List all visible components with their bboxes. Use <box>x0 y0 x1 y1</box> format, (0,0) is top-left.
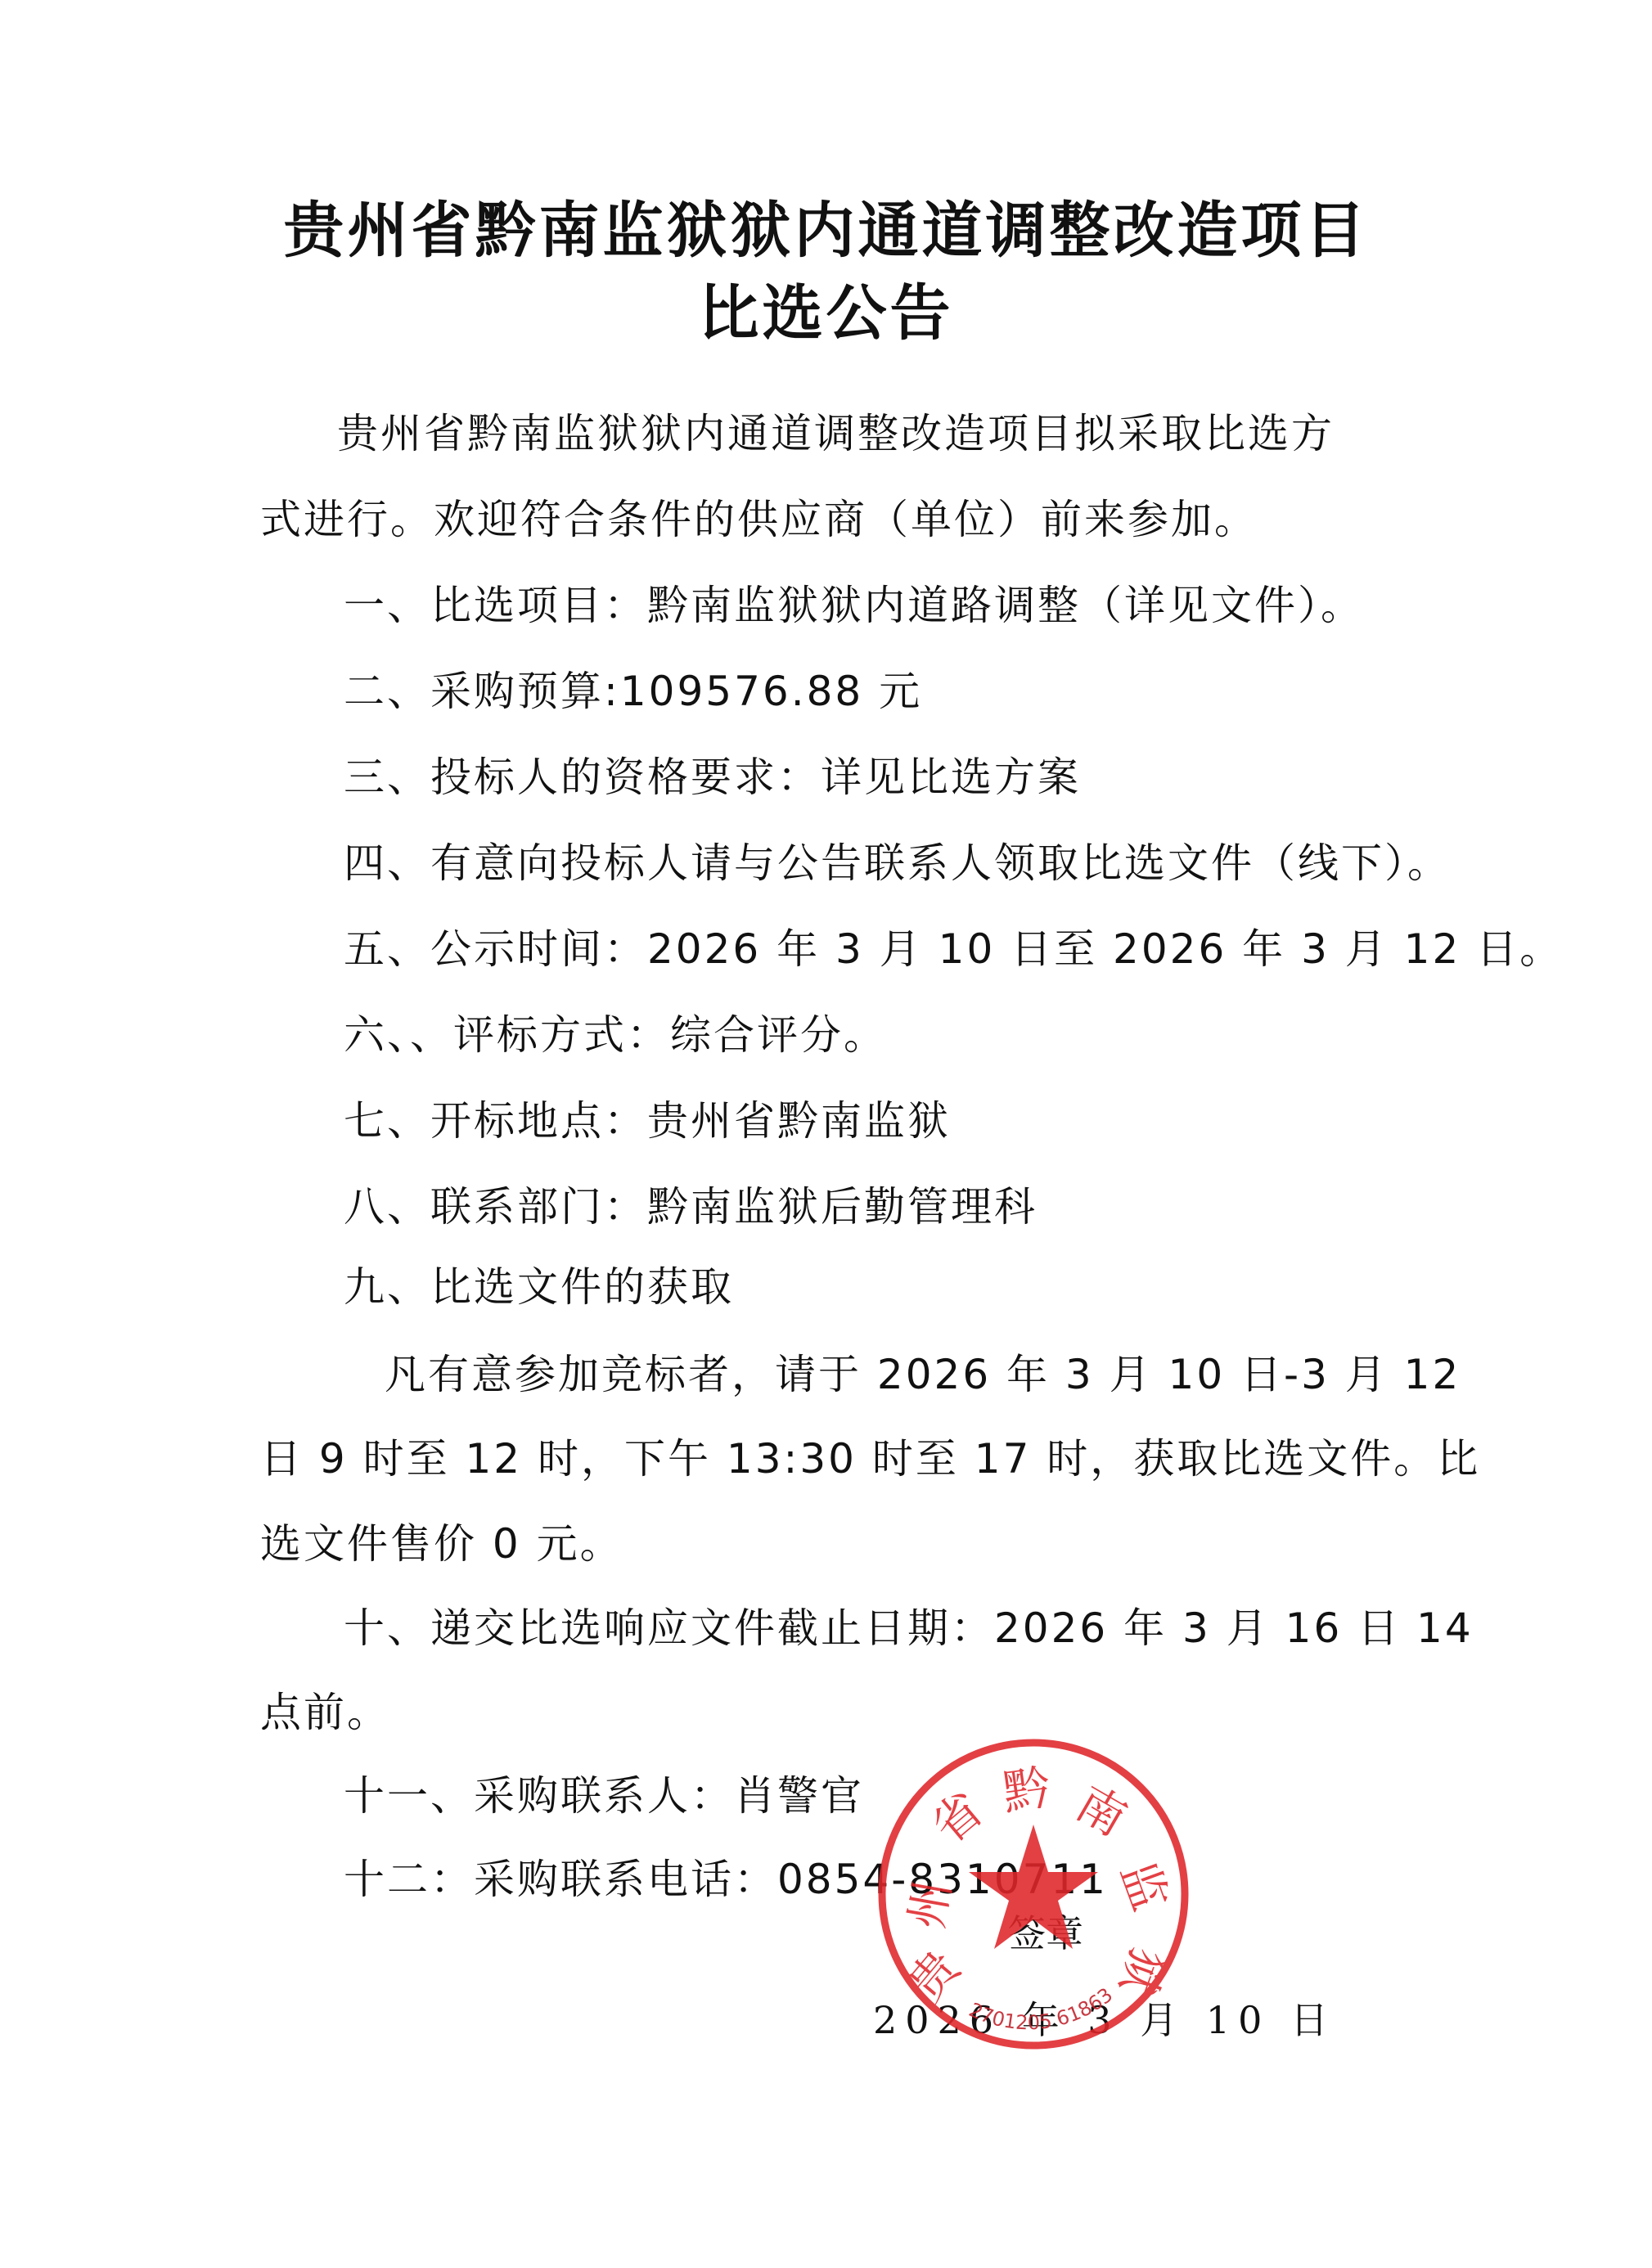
stamp-char: 州 <box>898 1876 961 1933</box>
stamp-char: 狱 <box>1108 1941 1177 2005</box>
item-6: 六、、评标方式：综合评分。 <box>344 1015 887 1055</box>
svg-text:2701205 61863: 2701205 61863 <box>966 1983 1117 2034</box>
stamp-char: 监 <box>1110 1854 1179 1918</box>
document-subtitle: 比选公告 <box>0 283 1652 344</box>
acquisition-line-3: 选文件售价 0 元。 <box>260 1523 623 1564</box>
item-4: 四、有意向投标人请与公告联系人领取比选文件（线下）。 <box>344 843 1451 884</box>
stamp-number: 2701205 61863 <box>966 1983 1117 2034</box>
deadline-line-2: 点前。 <box>260 1692 390 1733</box>
contact-person: 十一、采购联系人：肖警官 <box>344 1775 864 1816</box>
item-1: 一、比选项目：黔南监狱狱内道路调整（详见文件）。 <box>344 585 1364 626</box>
stamp-char: 南 <box>1067 1775 1136 1847</box>
stamp-char: 黔 <box>999 1759 1054 1820</box>
official-seal-icon: 贵 州 省 黔 南 监 狱 2701205 61863 <box>874 1735 1193 2054</box>
item-5: 五、公示时间：2026 年 3 月 10 日至 2026 年 3 月 12 日。 <box>344 929 1563 970</box>
item-2: 二、采购预算:109576.88 元 <box>344 671 922 712</box>
document-title: 贵州省黔南监狱狱内通道调整改造项目 <box>0 200 1652 261</box>
deadline-line-1: 十、递交比选响应文件截止日期：2026 年 3 月 16 日 14 <box>344 1608 1474 1649</box>
acquisition-line-2: 日 9 时至 12 时，下午 13:30 时至 17 时，获取比选文件。比 <box>260 1438 1480 1479</box>
item-8: 八、联系部门：黔南监狱后勤管理科 <box>344 1186 1038 1227</box>
acquisition-line-1: 凡有意参加竞标者，请于 2026 年 3 月 10 日-3 月 12 <box>385 1354 1461 1395</box>
item-7: 七、开标地点：贵州省黔南监狱 <box>344 1100 951 1141</box>
item-3: 三、投标人的资格要求：详见比选方案 <box>344 757 1081 798</box>
stamp-char: 贵 <box>898 1937 973 2012</box>
stamp-char: 省 <box>921 1781 993 1854</box>
intro-line-2: 式进行。欢迎符合条件的供应商（单位）前来参加。 <box>260 499 1258 540</box>
item-9: 九、比选文件的获取 <box>344 1267 734 1307</box>
intro-line-1: 贵州省黔南监狱狱内通道调整改造项目拟采取比选方 <box>337 413 1335 454</box>
